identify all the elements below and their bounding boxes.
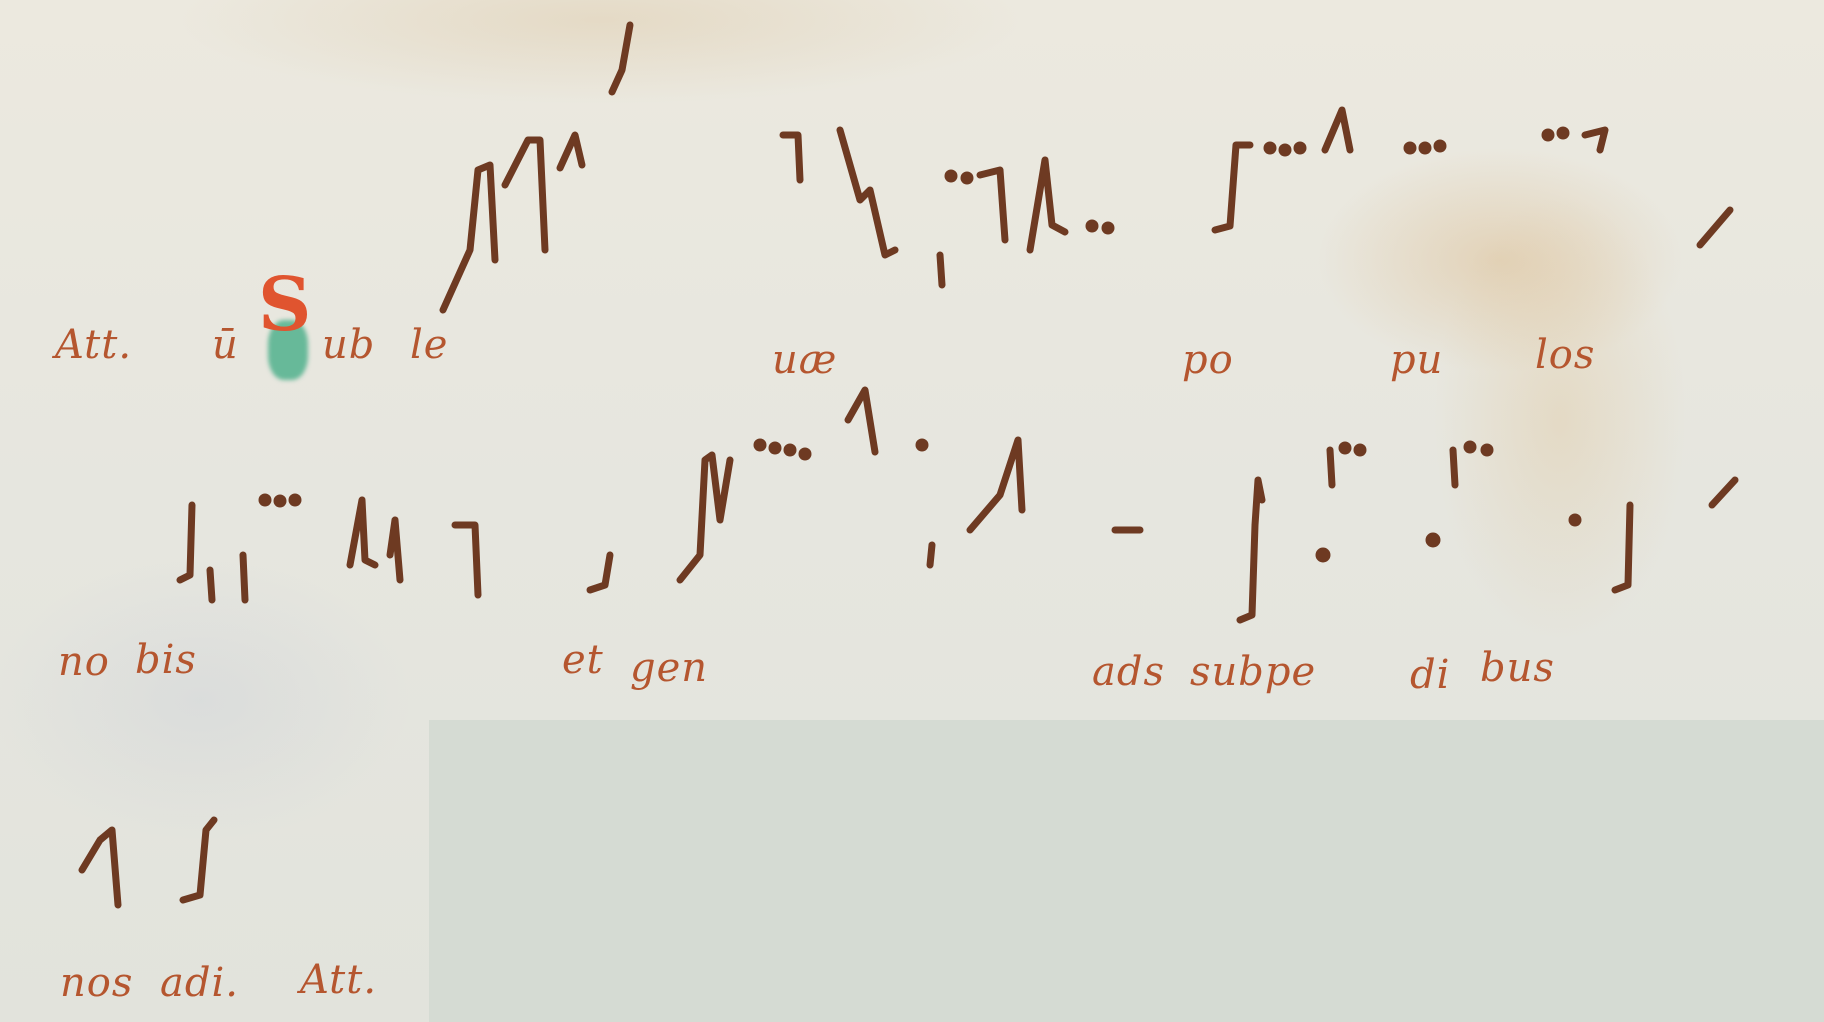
syllable: le [410, 325, 448, 365]
syllable: subpe [1190, 652, 1316, 692]
syllable: bus [1480, 648, 1555, 688]
syllable: Att. [300, 960, 377, 1000]
syllable: gen [630, 648, 708, 688]
neume-virga [612, 25, 630, 92]
redaction-overlay [429, 720, 1824, 1022]
syllable: pu [1390, 340, 1443, 380]
syllable: ub [322, 325, 375, 365]
syllable: ads [1092, 652, 1165, 692]
syllable: bis [135, 640, 197, 680]
syllable: di [1410, 655, 1450, 695]
syllable: nos [60, 963, 133, 1003]
syllable: et [562, 640, 604, 680]
syllable: po [1182, 340, 1234, 380]
syllable: Att. [55, 325, 132, 365]
decorated-initial: S [258, 268, 311, 342]
syllable: no [58, 642, 110, 682]
syllable: adi. [160, 963, 239, 1003]
syllable: ū [212, 325, 239, 365]
syllable: uæ [772, 340, 837, 380]
syllable: los [1535, 335, 1595, 375]
